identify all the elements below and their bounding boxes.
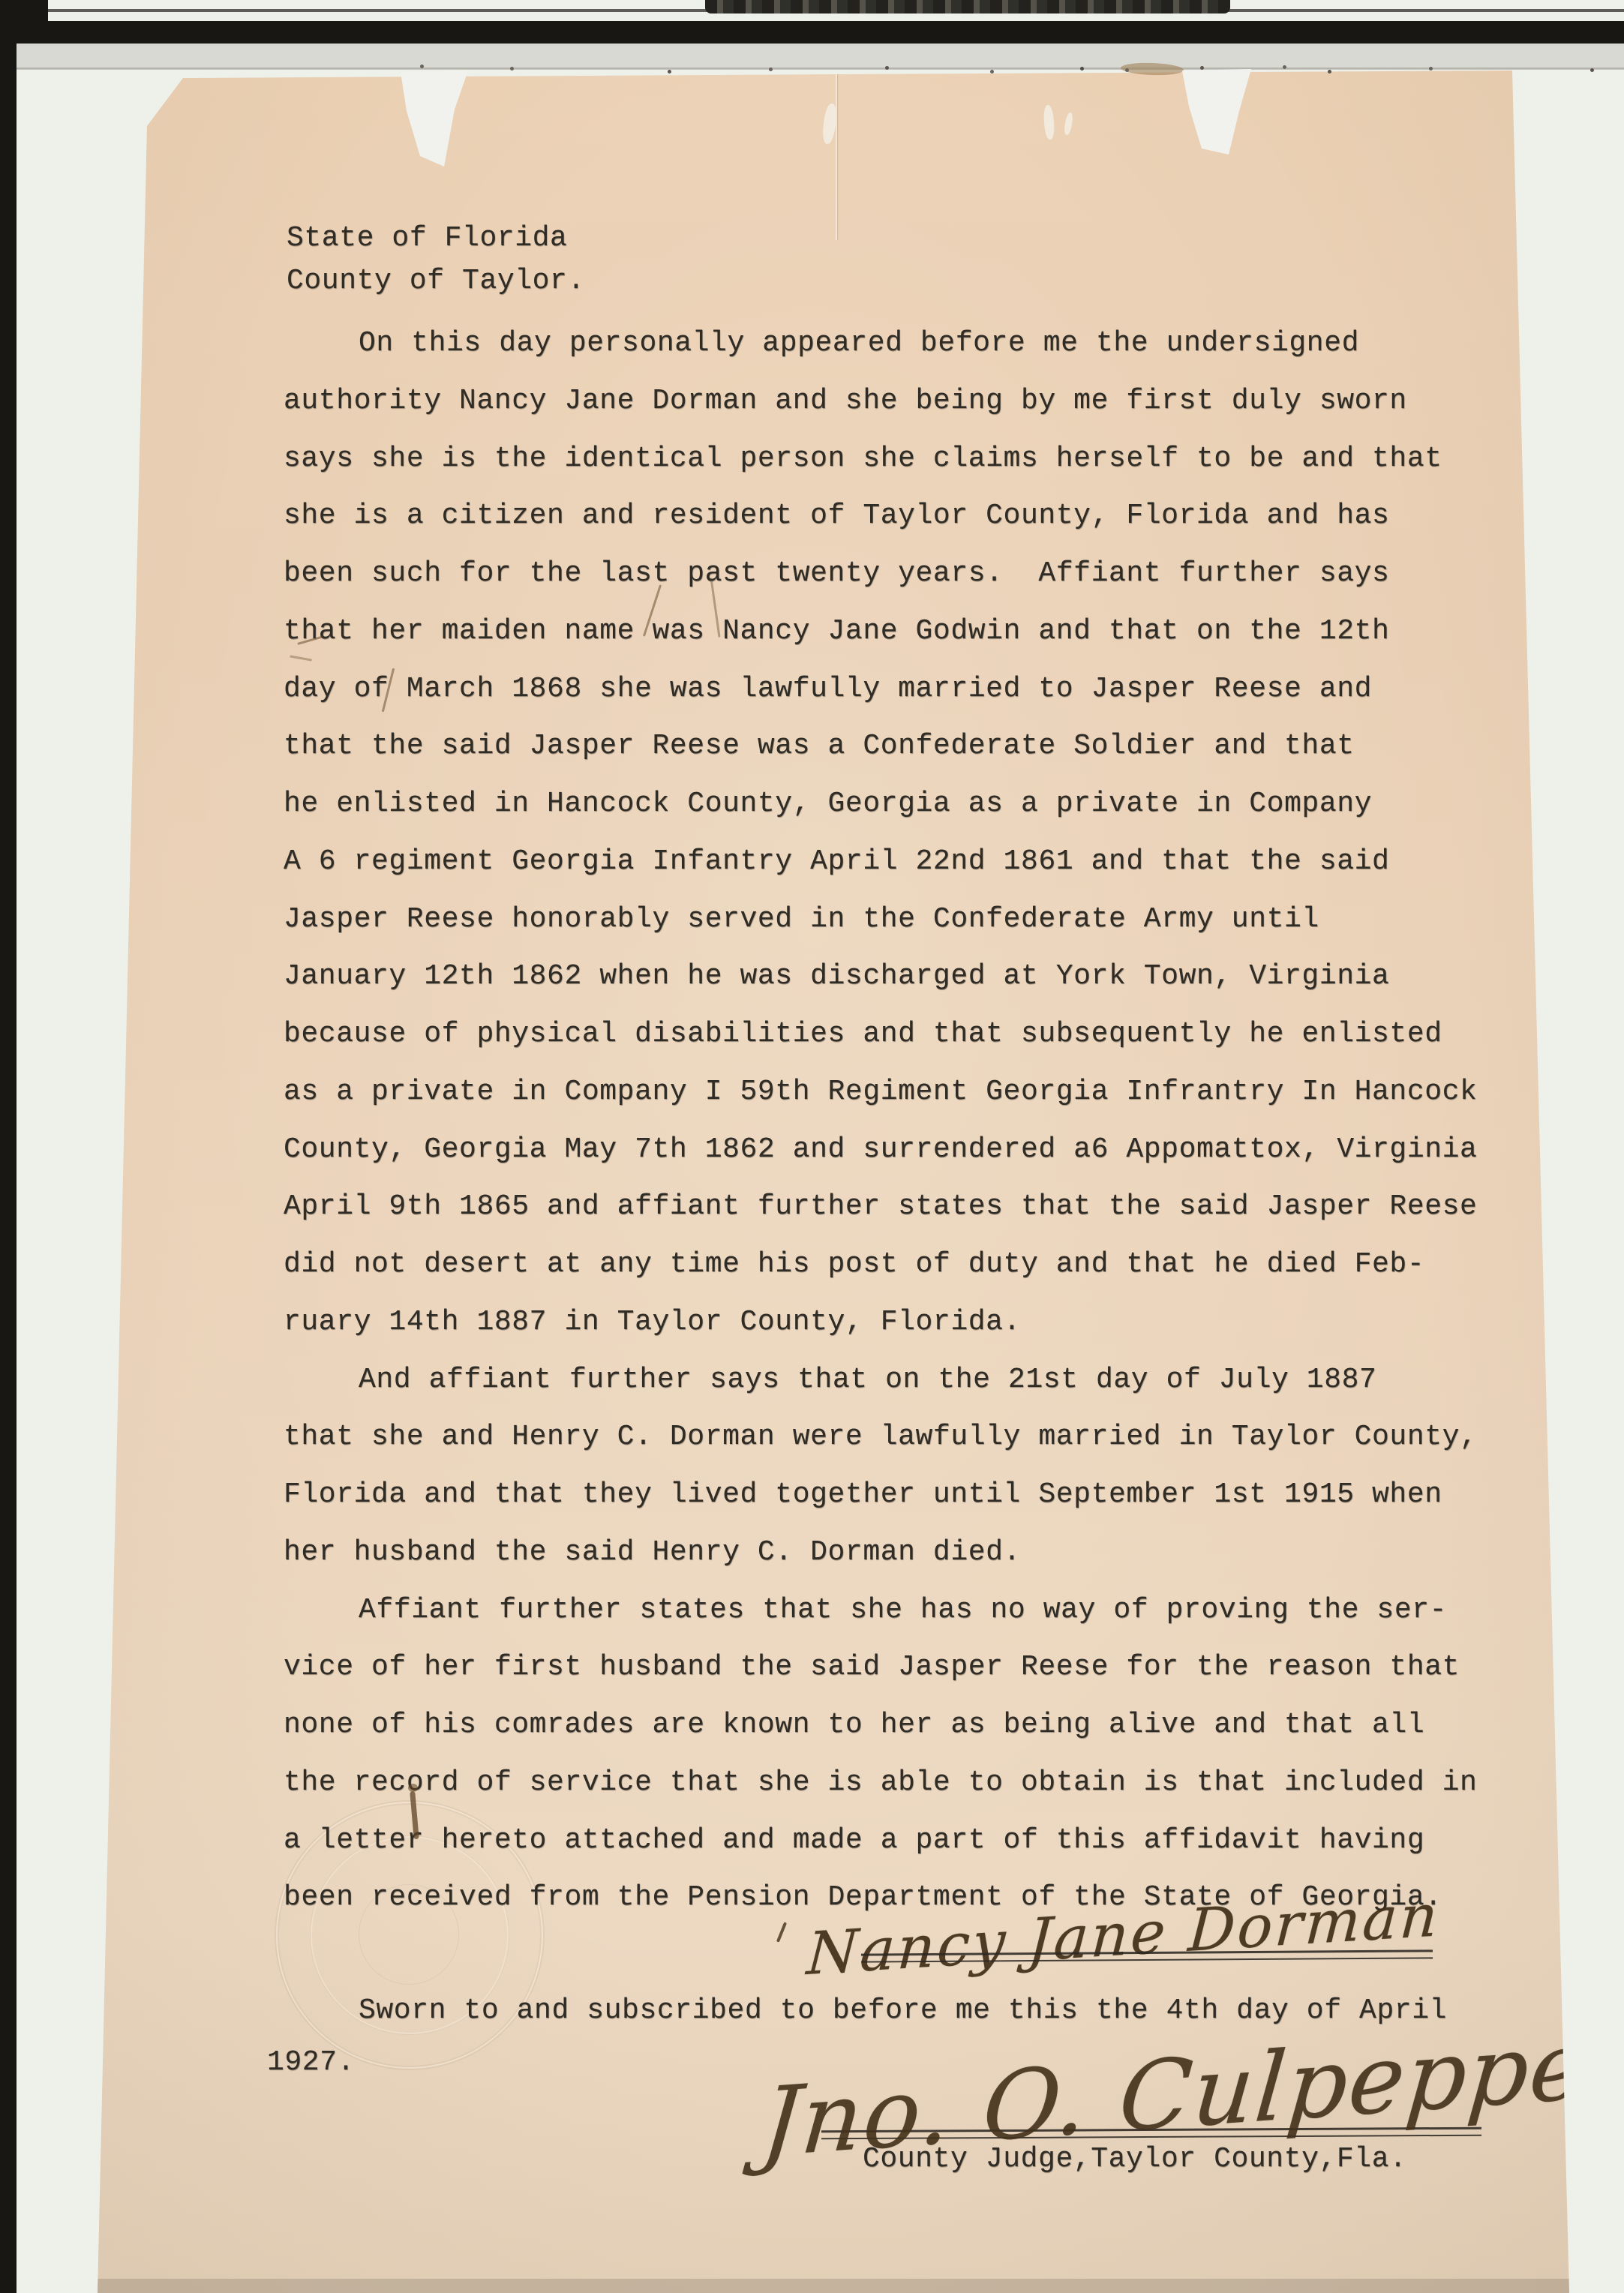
header-line: State of Florida bbox=[287, 221, 567, 256]
typed-line: that the said Jasper Reese was a Confede… bbox=[284, 729, 1355, 764]
year-line: 1927. bbox=[267, 2045, 355, 2080]
typed-line: authority Nancy Jane Dorman and she bein… bbox=[284, 384, 1407, 419]
typed-line: he enlisted in Hancock County, Georgia a… bbox=[284, 787, 1372, 821]
judge-title-line: County Judge,Taylor County,Fla. bbox=[863, 2142, 1407, 2177]
sworn-statement-line: Sworn to and subscribed to before me thi… bbox=[359, 1994, 1447, 2028]
backing-dirt-line bbox=[17, 68, 1624, 70]
typed-line: Jasper Reese honorably served in the Con… bbox=[284, 902, 1319, 937]
page-bottom-shadow bbox=[0, 2279, 1624, 2293]
typed-line: Affiant further states that she has no w… bbox=[359, 1593, 1447, 1628]
document-page: State of Florida County of Taylor. On th… bbox=[0, 0, 1624, 2293]
typed-line: says she is the identical person she cla… bbox=[284, 442, 1442, 476]
typed-line: January 12th 1862 when he was discharged… bbox=[284, 959, 1389, 994]
ink-smudge-dot bbox=[408, 1784, 418, 1792]
typed-line: been such for the last past twenty years… bbox=[284, 557, 1389, 591]
typed-line: A 6 regiment Georgia Infantry April 22nd… bbox=[284, 845, 1389, 879]
typed-line: ruary 14th 1887 in Taylor County, Florid… bbox=[284, 1305, 1021, 1340]
typed-line: because of physical disabilities and tha… bbox=[284, 1017, 1442, 1052]
typed-line: as a private in Company I 59th Regiment … bbox=[284, 1075, 1477, 1109]
typed-line: that she and Henry C. Dorman were lawful… bbox=[284, 1420, 1477, 1454]
scan-top-black-strip bbox=[0, 21, 1624, 44]
header-line: County of Taylor. bbox=[287, 264, 585, 299]
typed-line: her husband the said Henry C. Dorman die… bbox=[284, 1535, 1021, 1570]
typed-line: day of March 1868 she was lawfully marri… bbox=[284, 672, 1372, 707]
typed-line: a letter hereto attached and made a part… bbox=[284, 1823, 1424, 1858]
typed-line: April 9th 1865 and affiant further state… bbox=[284, 1190, 1477, 1224]
backing-gray-band bbox=[17, 44, 1624, 69]
typed-line: On this day personally appeared before m… bbox=[359, 326, 1359, 361]
scan-corner-black bbox=[0, 0, 48, 47]
typed-line: she is a citizen and resident of Taylor … bbox=[284, 499, 1389, 533]
typed-line: County, Georgia May 7th 1862 and surrend… bbox=[284, 1133, 1477, 1167]
typed-line: Florida and that they lived together unt… bbox=[284, 1478, 1442, 1512]
scanned-affidavit-page: State of Florida County of Taylor. On th… bbox=[0, 0, 1624, 2293]
dirt-specks bbox=[420, 65, 424, 68]
typed-line: And affiant further says that on the 21s… bbox=[359, 1363, 1376, 1397]
scan-left-black-strip bbox=[0, 6, 17, 2293]
typed-line: that her maiden name was Nancy Jane Godw… bbox=[284, 614, 1389, 649]
typed-line: vice of her first husband the said Jaspe… bbox=[284, 1650, 1460, 1685]
typed-line: the record of service that she is able t… bbox=[284, 1766, 1477, 1800]
torn-paper-edge-texture bbox=[705, 0, 1230, 14]
typed-line: did not desert at any time his post of d… bbox=[284, 1247, 1424, 1282]
paper-crease bbox=[836, 72, 837, 240]
typed-line: none of his comrades are known to her as… bbox=[284, 1708, 1424, 1742]
